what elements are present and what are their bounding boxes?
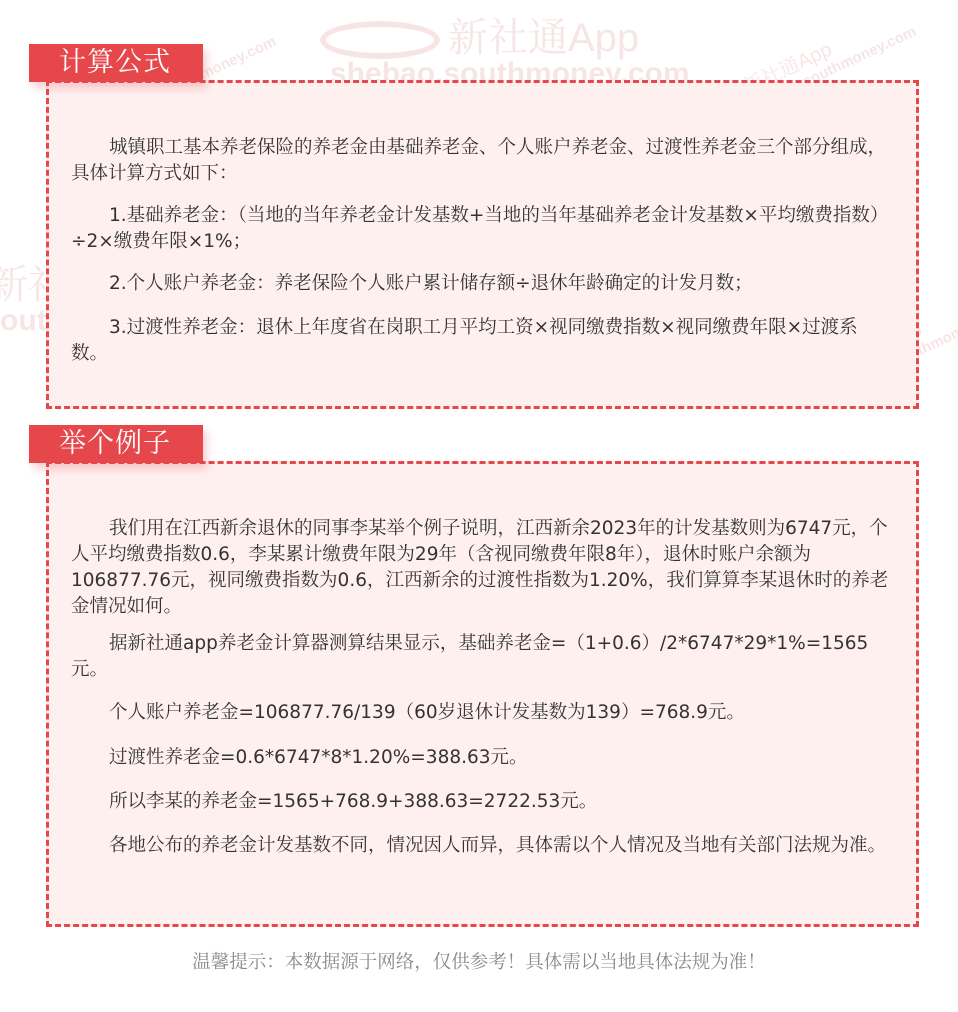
paragraph-text: 据新社通app养老金计算器测算结果显示，基础养老金=（1+0.6）/2*6747… [71,633,868,680]
example-disclaimer: 各地公布的养老金计发基数不同，情况因人而异，具体需以个人情况及当地有关部门法规为… [71,833,891,859]
watermark-brand: 新社通App shebao.southmoney.com [320,18,690,89]
paragraph-text: 过渡性养老金=0.6*6747*8*1.20%=388.63元。 [109,747,528,768]
formula-personal-account: 2.个人账户养老金：养老保险个人账户累计储存额÷退休年龄确定的计发月数； [71,271,891,297]
section-formula: 城镇职工基本养老保险的养老金由基础养老金、个人账户养老金、过渡性养老金三个部分组… [46,80,919,409]
paragraph-text: 各地公布的养老金计发基数不同，情况因人而异，具体需以个人情况及当地有关部门法规为… [109,835,886,856]
watermark-brand-text: 新社通App [448,16,639,60]
example-intro: 我们用在江西新余退休的同事李某举个例子说明，江西新余2023年的计发基数则为67… [71,516,891,620]
paragraph-text: 所以李某的养老金=1565+768.9+388.63=2722.53元。 [109,791,597,812]
formula-transitional: 3.过渡性养老金：退休上年度省在岗职工月平均工资×视同缴费指数×视同缴费年限×过… [71,315,891,367]
example-total: 所以李某的养老金=1565+768.9+388.63=2722.53元。 [71,789,891,815]
paragraph-text: 我们用在江西新余退休的同事李某举个例子说明，江西新余2023年的计发基数则为67… [71,518,888,617]
footer-note: 温馨提示：本数据源于网络，仅供参考！具体需以当地具体法规为准！ [0,950,958,976]
watermark-logo-icon [320,21,440,59]
section-example: 我们用在江西新余退休的同事李某举个例子说明，江西新余2023年的计发基数则为67… [46,461,919,927]
paragraph-text: 1.基础养老金：（当地的当年养老金计发基数+当地的当年基础养老金计发基数×平均缴… [71,205,888,252]
formula-intro: 城镇职工基本养老保险的养老金由基础养老金、个人账户养老金、过渡性养老金三个部分组… [71,135,891,187]
example-transitional: 过渡性养老金=0.6*6747*8*1.20%=388.63元。 [71,745,891,771]
section-title-example: 举个例子 [29,425,203,463]
example-personal-account: 个人账户养老金=106877.76/139（60岁退休计发基数为139）=768… [71,700,891,726]
formula-basic-pension: 1.基础养老金：（当地的当年养老金计发基数+当地的当年基础养老金计发基数×平均缴… [71,203,891,255]
example-basic-pension: 据新社通app养老金计算器测算结果显示，基础养老金=（1+0.6）/2*6747… [71,631,891,683]
paragraph-text: 3.过渡性养老金：退休上年度省在岗职工月平均工资×视同缴费指数×视同缴费年限×过… [71,317,858,364]
paragraph-text: 个人账户养老金=106877.76/139（60岁退休计发基数为139）=768… [109,702,745,723]
paragraph-text: 2.个人账户养老金：养老保险个人账户累计储存额÷退休年龄确定的计发月数； [109,273,753,294]
paragraph-text: 城镇职工基本养老保险的养老金由基础养老金、个人账户养老金、过渡性养老金三个部分组… [71,137,886,184]
section-title-formula: 计算公式 [29,44,203,82]
